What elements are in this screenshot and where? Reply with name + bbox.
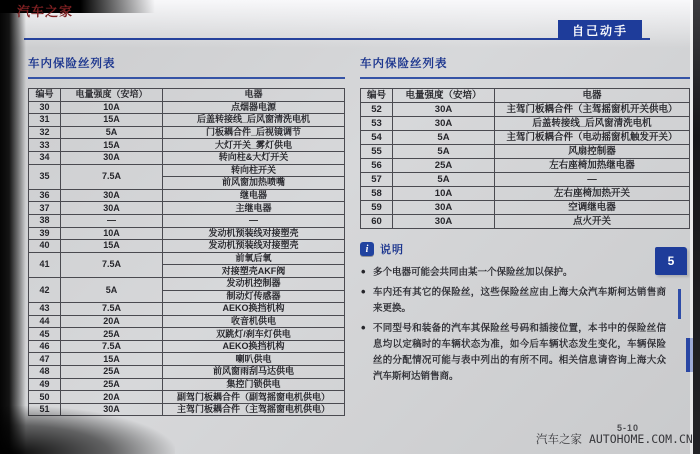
fuse-amp-cell: 15A xyxy=(61,114,163,127)
fuse-amp-cell: 25A xyxy=(61,366,163,379)
table-row: 5330A后盖转接线_后风窗清洗电机 xyxy=(361,117,690,131)
table-row: 38—— xyxy=(29,214,345,227)
fuse-number-cell: 32 xyxy=(29,126,61,139)
fuse-number-cell: 30 xyxy=(29,101,61,114)
fuse-device-cell: 主驾门板耦合件（主驾摇窗机开关供电） xyxy=(495,103,690,117)
scan-shadow-right xyxy=(693,0,700,454)
fuse-number-cell: 60 xyxy=(361,215,393,229)
left-column: 车内保险丝列表 编号 电量强度（安培） 电器 3010A点烟器电源3115A后盖… xyxy=(28,55,345,416)
info-icon: i xyxy=(360,242,374,256)
fuse-amp-cell: 25A xyxy=(61,328,163,341)
fuse-device-cell: 对接塑壳AKF阀 xyxy=(163,265,345,278)
fuse-amp-cell: 20A xyxy=(61,391,163,404)
fuse-amp-cell: 5A xyxy=(393,173,495,187)
table-header-row: 编号 电量强度（安培） 电器 xyxy=(29,89,345,102)
fuse-device-cell: 发动机预装线对接塑壳 xyxy=(163,227,345,240)
fuse-device-cell: 发动机预装线对接塑壳 xyxy=(163,240,345,253)
fuse-number-cell: 42 xyxy=(29,277,61,302)
header-device: 电器 xyxy=(495,89,690,103)
scan-shadow-left xyxy=(0,0,26,454)
fuse-device-cell: 点火开关 xyxy=(495,215,690,229)
fuse-amp-cell: 30A xyxy=(393,103,495,117)
notes-section: i 说明 多个电器可能会共同由某一个保险丝加以保护。 车内还有其它的保险丝，这些… xyxy=(360,241,690,385)
table-row: 575A— xyxy=(361,173,690,187)
fuse-device-cell: 转向柱开关 xyxy=(163,164,345,177)
table-row: 5625A左右座椅加热继电器 xyxy=(361,159,690,173)
table-row: 417.5A前氧后氧 xyxy=(29,252,345,265)
fuse-number-cell: 33 xyxy=(29,139,61,152)
table-row: 4825A前风窗雨刮马达供电 xyxy=(29,366,345,379)
fuse-number-cell: 53 xyxy=(361,117,393,131)
fuse-device-cell: — xyxy=(163,214,345,227)
fuse-amp-cell: 10A xyxy=(61,101,163,114)
table-row: 3910A发动机预装线对接塑壳 xyxy=(29,227,345,240)
chapter-number-tab: 5 xyxy=(655,247,687,275)
fuse-device-cell: — xyxy=(495,173,690,187)
fuse-amp-cell: 15A xyxy=(61,139,163,152)
fuse-device-cell: 门板耦合件_后视镜调节 xyxy=(163,126,345,139)
fuse-number-cell: 31 xyxy=(29,114,61,127)
fuse-number-cell: 34 xyxy=(29,151,61,164)
fuse-amp-cell: 10A xyxy=(393,187,495,201)
table-row: 4925A集控门锁供电 xyxy=(29,378,345,391)
fuse-number-cell: 48 xyxy=(29,366,61,379)
table-row: 3115A后盖转接线_后风窗清洗电机 xyxy=(29,114,345,127)
fuse-amp-cell: 30A xyxy=(393,117,495,131)
note-item: 不同型号和装备的汽车其保险丝号码和插接位置，本书中的保险丝信息均以定稿时的车辆状… xyxy=(360,321,666,385)
page-edge-highlight xyxy=(690,0,693,454)
fuse-device-cell: 发动机控制器 xyxy=(163,277,345,290)
watermark-bottom: 汽车之家 AUTOHOME.COM.CN xyxy=(536,431,693,447)
fuse-device-cell: 制动灯传感器 xyxy=(163,290,345,303)
table-title-right: 车内保险丝列表 xyxy=(360,55,690,79)
table-header-row: 编号 电量强度（安培） 电器 xyxy=(361,89,690,103)
fuse-device-cell: 转向柱&大灯开关 xyxy=(163,151,345,164)
fuse-number-cell: 36 xyxy=(29,189,61,202)
fuse-number-cell: 44 xyxy=(29,315,61,328)
fuse-device-cell: 后盖转接线_后风窗清洗电机 xyxy=(495,117,690,131)
fuse-amp-cell: 25A xyxy=(61,378,163,391)
fuse-number-cell: 43 xyxy=(29,303,61,316)
fuse-device-cell: 左右座椅加热继电器 xyxy=(495,159,690,173)
fuse-amp-cell: 7.5A xyxy=(61,164,163,189)
fuse-amp-cell: 15A xyxy=(61,240,163,253)
fuse-amp-cell: 15A xyxy=(61,353,163,366)
fuse-device-cell: 前氧后氧 xyxy=(163,252,345,265)
header-no: 编号 xyxy=(29,89,61,102)
fuse-number-cell: 59 xyxy=(361,201,393,215)
fuse-device-cell: 副驾门板耦合件（副驾摇窗电机供电） xyxy=(163,391,345,404)
fuse-number-cell: 57 xyxy=(361,173,393,187)
fuse-amp-cell: 30A xyxy=(61,403,163,416)
table-row: 4525A双跳灯/刹车灯供电 xyxy=(29,328,345,341)
table-row: 3010A点烟器电源 xyxy=(29,101,345,114)
fuse-device-cell: 收音机供电 xyxy=(163,315,345,328)
header-device: 电器 xyxy=(163,89,345,102)
fuse-device-cell: 风扇控制器 xyxy=(495,145,690,159)
fuse-device-cell: 空调继电器 xyxy=(495,201,690,215)
table-title-left: 车内保险丝列表 xyxy=(28,55,345,79)
fuse-number-cell: 46 xyxy=(29,340,61,353)
table-row: 4715A喇叭供电 xyxy=(29,353,345,366)
fuse-device-cell: 左右座椅加热开关 xyxy=(495,187,690,201)
scanned-manual-page: 自己动手 车内保险丝列表 编号 电量强度（安培） 电器 3010A点烟器电源31… xyxy=(0,0,700,454)
fuse-amp-cell: 5A xyxy=(393,145,495,159)
fuse-amp-cell: — xyxy=(61,214,163,227)
chapter-tab: 自己动手 xyxy=(558,20,642,40)
fuse-amp-cell: 30A xyxy=(393,215,495,229)
fuse-device-cell: 双跳灯/刹车灯供电 xyxy=(163,328,345,341)
fuse-device-cell: 继电器 xyxy=(163,189,345,202)
page-edge-mark xyxy=(678,289,681,319)
table-row: 3430A转向柱&大灯开关 xyxy=(29,151,345,164)
right-column: 车内保险丝列表 编号 电量强度（安培） 电器 5230A主驾门板耦合件（主驾摇窗… xyxy=(360,55,690,389)
notes-list: 多个电器可能会共同由某一个保险丝加以保护。 车内还有其它的保险丝，这些保险丝应由… xyxy=(360,265,666,385)
fuse-device-cell: 集控门锁供电 xyxy=(163,378,345,391)
fuse-amp-cell: 30A xyxy=(61,189,163,202)
next-page-tab-edge xyxy=(686,338,700,372)
fuse-device-cell: AEKO换挡机构 xyxy=(163,340,345,353)
table-row: 545A主驾门板耦合件（电动摇窗机触发开关） xyxy=(361,131,690,145)
table-row: 3730A主继电器 xyxy=(29,202,345,215)
fuse-number-cell: 51 xyxy=(29,403,61,416)
fuse-amp-cell: 5A xyxy=(393,131,495,145)
fuse-number-cell: 40 xyxy=(29,240,61,253)
watermark-site-en: AUTOHOME.COM.CN xyxy=(589,432,693,446)
fuse-amp-cell: 10A xyxy=(61,227,163,240)
header-no: 编号 xyxy=(361,89,393,103)
fuse-number-cell: 37 xyxy=(29,202,61,215)
fuse-table-left: 编号 电量强度（安培） 电器 3010A点烟器电源3115A后盖转接线_后风窗清… xyxy=(28,88,345,416)
fuse-device-cell: AEKO换挡机构 xyxy=(163,303,345,316)
fuse-number-cell: 52 xyxy=(361,103,393,117)
table-row: 6030A点火开关 xyxy=(361,215,690,229)
fuse-number-cell: 47 xyxy=(29,353,61,366)
header-amp: 电量强度（安培） xyxy=(393,89,495,103)
fuse-number-cell: 58 xyxy=(361,187,393,201)
table-row: 425A发动机控制器 xyxy=(29,277,345,290)
fuse-device-cell: 主驾门板耦合件（主驾摇窗电机供电） xyxy=(163,403,345,416)
note-item: 多个电器可能会共同由某一个保险丝加以保护。 xyxy=(360,265,666,281)
note-item: 车内还有其它的保险丝，这些保险丝应由上海大众汽车斯柯达销售商来更换。 xyxy=(360,285,666,317)
fuse-device-cell: 大灯开关_雾灯供电 xyxy=(163,139,345,152)
watermark-site-cn: 汽车之家 xyxy=(536,432,582,446)
fuse-amp-cell: 30A xyxy=(61,202,163,215)
table-row: 4420A收音机供电 xyxy=(29,315,345,328)
table-row: 467.5AAEKO换挡机构 xyxy=(29,340,345,353)
fuse-amp-cell: 5A xyxy=(61,277,163,302)
table-row: 555A风扇控制器 xyxy=(361,145,690,159)
header-rule xyxy=(24,38,650,40)
fuse-number-cell: 39 xyxy=(29,227,61,240)
fuse-number-cell: 49 xyxy=(29,378,61,391)
fuse-table-right: 编号 电量强度（安培） 电器 5230A主驾门板耦合件（主驾摇窗机开关供电）53… xyxy=(360,88,690,229)
fuse-amp-cell: 7.5A xyxy=(61,303,163,316)
fuse-number-cell: 50 xyxy=(29,391,61,404)
fuse-amp-cell: 30A xyxy=(61,151,163,164)
fuse-amp-cell: 7.5A xyxy=(61,340,163,353)
watermark-top: 汽车之家 xyxy=(17,1,73,20)
notes-header: i 说明 xyxy=(360,241,690,257)
table-row: 325A门板耦合件_后视镜调节 xyxy=(29,126,345,139)
table-row: 357.5A转向柱开关 xyxy=(29,164,345,177)
table-row: 437.5AAEKO换挡机构 xyxy=(29,303,345,316)
fuse-amp-cell: 25A xyxy=(393,159,495,173)
fuse-device-cell: 前风窗加热喷嘴 xyxy=(163,177,345,190)
fuse-number-cell: 38 xyxy=(29,214,61,227)
fuse-device-cell: 主驾门板耦合件（电动摇窗机触发开关） xyxy=(495,131,690,145)
notes-title: 说明 xyxy=(380,241,404,257)
fuse-device-cell: 主继电器 xyxy=(163,202,345,215)
header-amp: 电量强度（安培） xyxy=(61,89,163,102)
table-row: 5230A主驾门板耦合件（主驾摇窗机开关供电） xyxy=(361,103,690,117)
table-row: 5020A副驾门板耦合件（副驾摇窗电机供电） xyxy=(29,391,345,404)
table-row: 5930A空调继电器 xyxy=(361,201,690,215)
table-row: 3315A大灯开关_雾灯供电 xyxy=(29,139,345,152)
fuse-amp-cell: 20A xyxy=(61,315,163,328)
fuse-device-cell: 前风窗雨刮马达供电 xyxy=(163,366,345,379)
fuse-amp-cell: 7.5A xyxy=(61,252,163,277)
fuse-number-cell: 35 xyxy=(29,164,61,189)
fuse-device-cell: 后盖转接线_后风窗清洗电机 xyxy=(163,114,345,127)
fuse-number-cell: 56 xyxy=(361,159,393,173)
fuse-device-cell: 喇叭供电 xyxy=(163,353,345,366)
fuse-number-cell: 41 xyxy=(29,252,61,277)
table-row: 3630A继电器 xyxy=(29,189,345,202)
table-row: 4015A发动机预装线对接塑壳 xyxy=(29,240,345,253)
table-row: 5130A主驾门板耦合件（主驾摇窗电机供电） xyxy=(29,403,345,416)
fuse-device-cell: 点烟器电源 xyxy=(163,101,345,114)
fuse-number-cell: 55 xyxy=(361,145,393,159)
fuse-number-cell: 54 xyxy=(361,131,393,145)
table-row: 5810A左右座椅加热开关 xyxy=(361,187,690,201)
fuse-number-cell: 45 xyxy=(29,328,61,341)
fuse-amp-cell: 30A xyxy=(393,201,495,215)
fuse-amp-cell: 5A xyxy=(61,126,163,139)
